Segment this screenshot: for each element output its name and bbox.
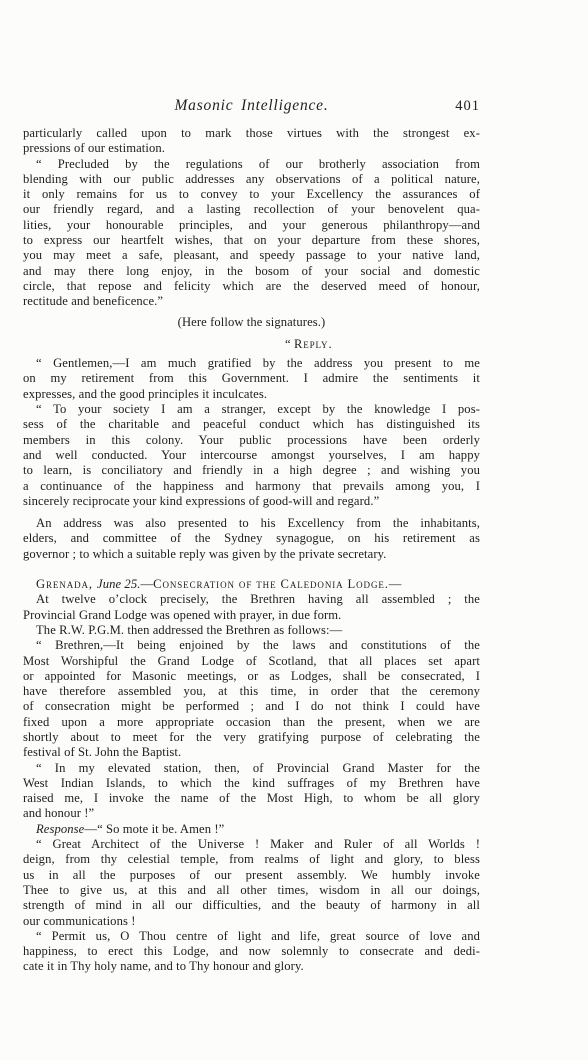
text-run: circle, that repose and felicity which a… bbox=[23, 279, 480, 293]
text-run: The R.W. P.G.M. then addressed the Breth… bbox=[36, 623, 342, 637]
text-line: fixed upon a more appropriate occasion t… bbox=[23, 715, 480, 730]
text-line: Response—“ So mote it be. Amen !” bbox=[23, 822, 480, 837]
text-line: pressions of our estimation. bbox=[23, 141, 480, 156]
text-run: our communications ! bbox=[23, 914, 136, 928]
text-run: “ Precluded by the regulations of our br… bbox=[36, 157, 480, 171]
text-run: Most Worshipful the Grand Lodge of Scotl… bbox=[23, 654, 480, 668]
text-run: have therefore assembled you, at this ti… bbox=[23, 684, 480, 698]
text-run: and may there long enjoy, in the bosom o… bbox=[23, 264, 480, 278]
text-run: pressions of our estimation. bbox=[23, 141, 165, 155]
text-run: strength of mind in all our difficulties… bbox=[23, 898, 480, 912]
text-line: rectitude and beneficence.” bbox=[23, 294, 480, 309]
text-run: June 25. bbox=[97, 577, 140, 591]
text-run: governor ; to which a suitable reply was… bbox=[23, 547, 386, 561]
text-run: At twelve o’clock precisely, the Brethre… bbox=[36, 592, 480, 606]
text-line: festival of St. John the Baptist. bbox=[23, 745, 480, 760]
text-run: “ In my elevated station, then, of Provi… bbox=[36, 761, 480, 775]
text-line: it only remains for us to convey to your… bbox=[23, 187, 480, 202]
text-line: governor ; to which a suitable reply was… bbox=[23, 547, 480, 562]
text-line: our friendly regard, and a lasting recol… bbox=[23, 202, 480, 217]
grenada-paragraph-1: At twelve o’clock precisely, the Brethre… bbox=[23, 592, 480, 623]
text-run: (Here follow the signatures.) bbox=[178, 315, 326, 329]
text-line: “ Gentlemen,—I am much gratified by the … bbox=[23, 356, 480, 371]
text-line: shortly about to meet for the very grati… bbox=[23, 730, 480, 745]
text-line: “ In my elevated station, then, of Provi… bbox=[23, 761, 480, 776]
text-run: particularly called upon to mark those v… bbox=[23, 126, 480, 140]
text-line: expresses, and the good principles it in… bbox=[23, 387, 480, 402]
text-run: “ Permit us, O Thou centre of light and … bbox=[36, 929, 480, 943]
signatures-note: (Here follow the signatures.) bbox=[23, 315, 480, 330]
text-line: “ Permit us, O Thou centre of light and … bbox=[23, 929, 480, 944]
text-run: expresses, and the good principles it in… bbox=[23, 387, 267, 401]
text-line: members in this colony. Your public proc… bbox=[23, 433, 480, 448]
continuation-paragraph: particularly called upon to mark those v… bbox=[23, 126, 480, 157]
text-run: it only remains for us to convey to your… bbox=[23, 187, 480, 201]
text-run: “ Gentlemen,—I am much gratified by the … bbox=[36, 356, 480, 370]
elevated-station-paragraph: “ In my elevated station, then, of Provi… bbox=[23, 761, 480, 822]
response-line: Response—“ So mote it be. Amen !” bbox=[23, 822, 480, 837]
text-run: rectitude and beneficence.” bbox=[23, 294, 163, 308]
text-run: elders, and committee of the Sydney syna… bbox=[23, 531, 480, 545]
text-line: lities, your honourable principles, and … bbox=[23, 218, 480, 233]
text-line: Grenada, June 25.—Consecration of the Ca… bbox=[23, 577, 480, 592]
text-run: sess of the charitable and peaceful cond… bbox=[23, 417, 480, 431]
running-title: Masonic Intelligence. bbox=[23, 97, 480, 115]
text-line: us in all the purposes of our present as… bbox=[23, 868, 480, 883]
page-header: Masonic Intelligence. 401 bbox=[23, 97, 480, 119]
text-line: you may meet a safe, pleasant, and speed… bbox=[23, 248, 480, 263]
text-line: blending with our public addresses any o… bbox=[23, 172, 480, 187]
text-run: blending with our public addresses any o… bbox=[23, 172, 480, 186]
text-run: members in this colony. Your public proc… bbox=[23, 433, 480, 447]
text-run: a continuance of the happiness and harmo… bbox=[23, 479, 480, 493]
text-run: on my retirement from this Government. I… bbox=[23, 371, 480, 385]
text-run: to learn, is conciliatory and friendly i… bbox=[23, 463, 480, 477]
text-line: cate it in Thy holy name, and to Thy hon… bbox=[23, 959, 480, 974]
brethren-address-paragraph: “ Brethren,—It being enjoined by the law… bbox=[23, 638, 480, 760]
text-run: our friendly regard, and a lasting recol… bbox=[23, 202, 480, 216]
dedication-paragraph: “ Permit us, O Thou centre of light and … bbox=[23, 929, 480, 975]
text-line: happiness, to erect this Lodge, and now … bbox=[23, 944, 480, 959]
text-line: (Here follow the signatures.) bbox=[23, 315, 480, 330]
text-line: Thee to give us, at this and all other t… bbox=[23, 883, 480, 898]
text-run: or appointed for Masonic meetings, or as… bbox=[23, 669, 480, 683]
page-body: particularly called upon to mark those v… bbox=[23, 126, 480, 975]
text-line: An address was also presented to his Exc… bbox=[23, 516, 480, 531]
text-run: deign, from thy celestial temple, from r… bbox=[23, 852, 480, 866]
text-line: Provincial Grand Lodge was opened with p… bbox=[23, 608, 480, 623]
text-run: raised me, I invoke the name of the Most… bbox=[23, 791, 480, 805]
text-run: Thee to give us, at this and all other t… bbox=[23, 883, 480, 897]
scanned-page: Masonic Intelligence. 401 particularly c… bbox=[0, 0, 588, 1060]
text-run: and well conducted. Your intercourse amo… bbox=[23, 448, 480, 462]
text-run: —“ So mote it be. Amen !” bbox=[84, 822, 224, 836]
text-line: and may there long enjoy, in the bosom o… bbox=[23, 264, 480, 279]
text-line: of consecration might be performed ; and… bbox=[23, 699, 480, 714]
text-line: raised me, I invoke the name of the Most… bbox=[23, 791, 480, 806]
text-line: and well conducted. Your intercourse amo… bbox=[23, 448, 480, 463]
reply-heading: “ Reply. bbox=[285, 337, 480, 352]
text-line: a continuance of the happiness and harmo… bbox=[23, 479, 480, 494]
text-run: An address was also presented to his Exc… bbox=[36, 516, 480, 530]
text-line: “ To your society I am a stranger, excep… bbox=[23, 402, 480, 417]
text-run: Consecration of the Caledonia Lodge.— bbox=[153, 577, 402, 591]
text-run: happiness, to erect this Lodge, and now … bbox=[23, 944, 480, 958]
text-line: “ Reply. bbox=[285, 337, 480, 352]
text-run: of consecration might be performed ; and… bbox=[23, 699, 480, 713]
page-number: 401 bbox=[455, 98, 480, 115]
text-line: The R.W. P.G.M. then addressed the Breth… bbox=[23, 623, 480, 638]
text-line: elders, and committee of the Sydney syna… bbox=[23, 531, 480, 546]
text-line: “ Brethren,—It being enjoined by the law… bbox=[23, 638, 480, 653]
text-line: to learn, is conciliatory and friendly i… bbox=[23, 463, 480, 478]
text-line: “ Great Architect of the Universe ! Make… bbox=[23, 837, 480, 852]
text-run: “ bbox=[285, 337, 294, 351]
text-run: festival of St. John the Baptist. bbox=[23, 745, 181, 759]
text-run: “ Great Architect of the Universe ! Make… bbox=[36, 837, 480, 851]
text-run: cate it in Thy holy name, and to Thy hon… bbox=[23, 959, 304, 973]
text-run: “ Brethren,—It being enjoined by the law… bbox=[36, 638, 480, 652]
text-run: Reply. bbox=[294, 337, 333, 351]
text-line: Most Worshipful the Grand Lodge of Scotl… bbox=[23, 654, 480, 669]
text-line: At twelve o’clock precisely, the Brethre… bbox=[23, 592, 480, 607]
text-line: circle, that repose and felicity which a… bbox=[23, 279, 480, 294]
text-run: Provincial Grand Lodge was opened with p… bbox=[23, 608, 341, 622]
text-run: shortly about to meet for the very grati… bbox=[23, 730, 480, 744]
text-run: Grenada, bbox=[36, 577, 97, 591]
address-paragraph: “ Precluded by the regulations of our br… bbox=[23, 157, 480, 310]
reply-paragraph-2: “ To your society I am a stranger, excep… bbox=[23, 402, 480, 509]
reply-paragraph-1: “ Gentlemen,—I am much gratified by the … bbox=[23, 356, 480, 402]
grenada-heading: Grenada, June 25.—Consecration of the Ca… bbox=[23, 577, 480, 592]
text-line: “ Precluded by the regulations of our br… bbox=[23, 157, 480, 172]
text-run: you may meet a safe, pleasant, and speed… bbox=[23, 248, 480, 262]
text-run: fixed upon a more appropriate occasion t… bbox=[23, 715, 480, 729]
text-run: Response bbox=[36, 822, 84, 836]
text-line: deign, from thy celestial temple, from r… bbox=[23, 852, 480, 867]
text-run: to express our heartfelt wishes, that on… bbox=[23, 233, 480, 247]
text-run: lities, your honourable principles, and … bbox=[23, 218, 480, 232]
text-line: strength of mind in all our difficulties… bbox=[23, 898, 480, 913]
text-run: us in all the purposes of our present as… bbox=[23, 868, 480, 882]
text-line: our communications ! bbox=[23, 914, 480, 929]
text-line: sess of the charitable and peaceful cond… bbox=[23, 417, 480, 432]
text-line: to express our heartfelt wishes, that on… bbox=[23, 233, 480, 248]
text-run: sincerely reciprocate your kind expressi… bbox=[23, 494, 379, 508]
text-line: or appointed for Masonic meetings, or as… bbox=[23, 669, 480, 684]
text-run: and honour !” bbox=[23, 806, 94, 820]
text-line: particularly called upon to mark those v… bbox=[23, 126, 480, 141]
synagogue-paragraph: An address was also presented to his Exc… bbox=[23, 516, 480, 562]
grenada-paragraph-2: The R.W. P.G.M. then addressed the Breth… bbox=[23, 623, 480, 638]
invocation-paragraph: “ Great Architect of the Universe ! Make… bbox=[23, 837, 480, 929]
text-line: sincerely reciprocate your kind expressi… bbox=[23, 494, 480, 509]
text-run: West Indian Islands, to which the kind s… bbox=[23, 776, 480, 790]
text-run: — bbox=[140, 577, 153, 591]
text-line: on my retirement from this Government. I… bbox=[23, 371, 480, 386]
text-run: “ To your society I am a stranger, excep… bbox=[36, 402, 480, 416]
text-line: have therefore assembled you, at this ti… bbox=[23, 684, 480, 699]
text-line: West Indian Islands, to which the kind s… bbox=[23, 776, 480, 791]
text-line: and honour !” bbox=[23, 806, 480, 821]
